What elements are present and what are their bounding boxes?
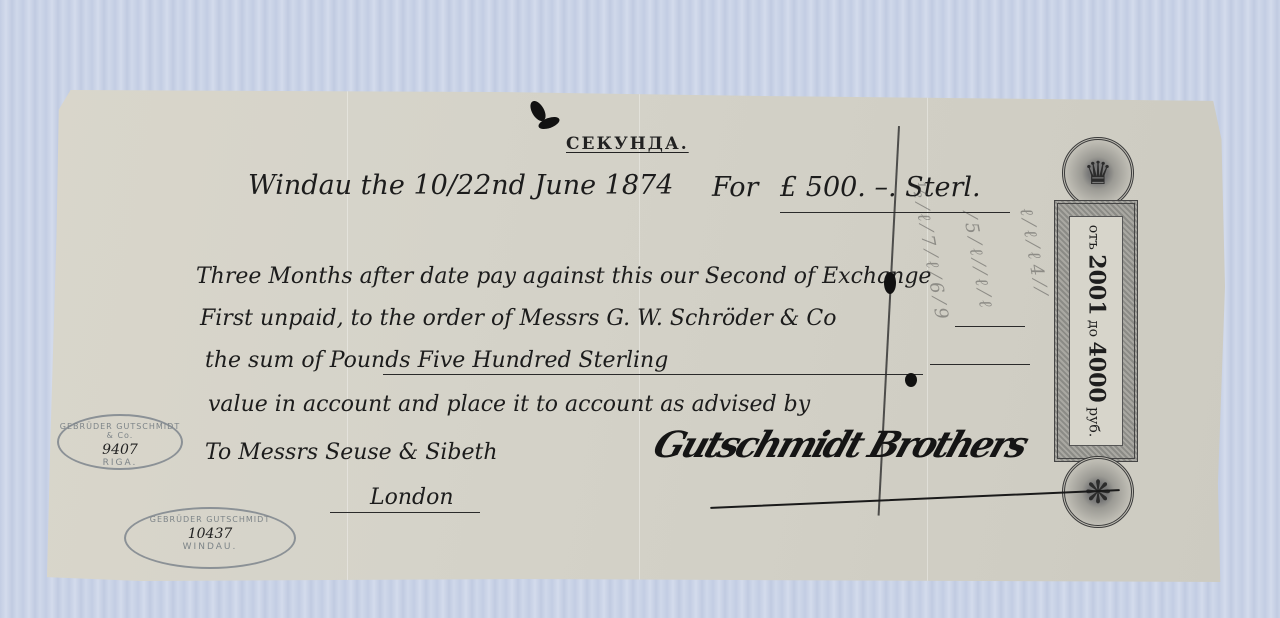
place-date: Windau the 10/22nd June 1874 (248, 170, 673, 201)
sum-underline (383, 374, 923, 375)
body-line-4: value in account and place it to account… (208, 392, 810, 417)
stamp-number: 10437 (126, 526, 294, 542)
stamp-top-text: GEBRÜDER GUTSCHMIDT & Co. (59, 422, 181, 440)
ink-blot (884, 272, 896, 294)
paper-fold (927, 90, 928, 582)
amount-figure: £ 500. –. Sterl. (780, 172, 981, 203)
body-line-1: Three Months after date pay against this… (196, 264, 931, 289)
document-heading: СЕКУНДА. (566, 134, 689, 154)
amount-label: For (712, 172, 758, 203)
stamp-value-text: отъ 2001 до 4000 руб. (1083, 225, 1109, 438)
stamp-top-text: GEBRÜDER GUTSCHMIDT (126, 515, 294, 524)
windau-stamp: GEBRÜDER GUTSCHMIDT 10437 WINDAU. (124, 507, 296, 569)
ink-blot (905, 373, 917, 387)
revenue-stamp: отъ 2001 до 4000 руб. (1054, 200, 1138, 462)
stamp-number: 9407 (59, 442, 181, 458)
paper-fold (639, 90, 640, 582)
signature: Gutschmidt Brothers (648, 424, 1031, 466)
body-line-2: First unpaid, to the order of Messrs G. … (200, 306, 837, 331)
paper-fold (347, 90, 348, 582)
addressee-line-2: London (370, 485, 454, 510)
line-filler (955, 326, 1025, 327)
addressee-line-1: To Messrs Seuse & Sibeth (205, 440, 498, 465)
london-underline (330, 512, 480, 513)
body-line-3: the sum of Pounds Five Hundred Sterling (205, 348, 668, 373)
riga-stamp: GEBRÜDER GUTSCHMIDT & Co. 9407 RIGA. (57, 414, 183, 470)
stamp-bottom-text: RIGA. (59, 458, 181, 468)
imperial-eagle-seal-icon: ♛ (1062, 137, 1134, 209)
line-filler (930, 364, 1030, 365)
stamp-bottom-text: WINDAU. (126, 542, 294, 552)
